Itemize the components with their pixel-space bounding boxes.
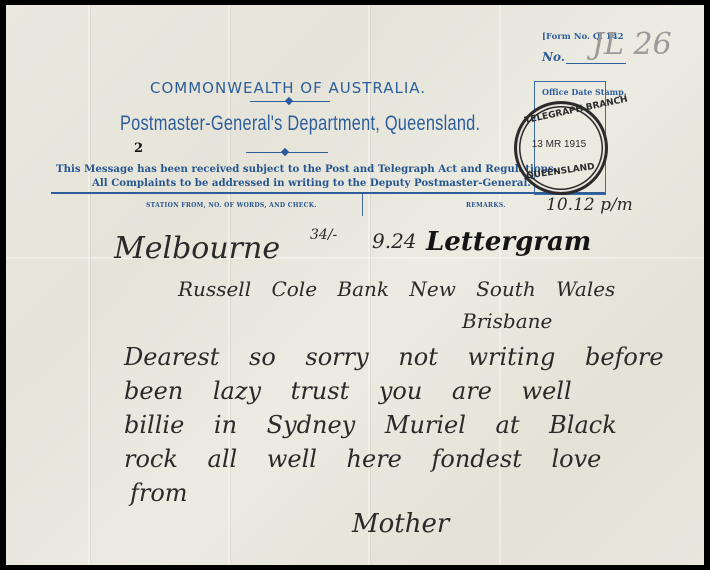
- signature: Mother: [352, 509, 449, 539]
- divider-diamond-icon: [285, 97, 293, 105]
- divider-diamond-icon: [281, 148, 289, 156]
- message-body-line: been lazy trust you are well: [124, 377, 572, 405]
- header-rule: [51, 192, 521, 194]
- message-body-line: rock all well here fondest love: [124, 445, 601, 473]
- margin-mark: 2: [134, 141, 143, 156]
- remarks-column-header: REMARKS.: [466, 202, 506, 209]
- header-department: Postmaster-General's Department, Queensl…: [120, 112, 480, 136]
- addressee-line: Russell Cole Bank New South Wales: [178, 277, 615, 301]
- fold-line: [6, 257, 704, 259]
- message-body-line: billie in Sydney Muriel at Black: [124, 411, 617, 439]
- crease-shadow: [90, 5, 91, 565]
- message-body-line: Dearest so sorry not writing before: [124, 343, 664, 371]
- number-line: [566, 63, 626, 64]
- time-sent: 9.24: [372, 229, 417, 253]
- pencil-annotation: JL 26: [592, 27, 672, 62]
- telegram-form: COMMONWEALTH OF AUSTRALIA. Postmaster-Ge…: [6, 5, 704, 565]
- column-divider: [362, 194, 363, 216]
- message-body-line: from: [130, 479, 188, 507]
- destination: Brisbane: [462, 309, 552, 333]
- postmark-date: 13 MR 1915: [528, 139, 590, 150]
- remarks-value: 10.12 p/m: [546, 195, 633, 215]
- header-country: COMMONWEALTH OF AUSTRALIA.: [150, 79, 426, 97]
- word-count: 34/-: [310, 227, 337, 243]
- notice-line-1: This Message has been received subject t…: [56, 163, 557, 175]
- station-column-header: STATION FROM, NO. OF WORDS, AND CHECK.: [146, 202, 317, 209]
- notice-line-2: All Complaints to be addressed in writin…: [92, 177, 531, 189]
- number-label: No.: [542, 50, 565, 64]
- station-from: Melbourne: [114, 231, 280, 266]
- office-date-stamp-label: Office Date Stamp.: [542, 87, 627, 97]
- message-type: Lettergram: [426, 227, 591, 257]
